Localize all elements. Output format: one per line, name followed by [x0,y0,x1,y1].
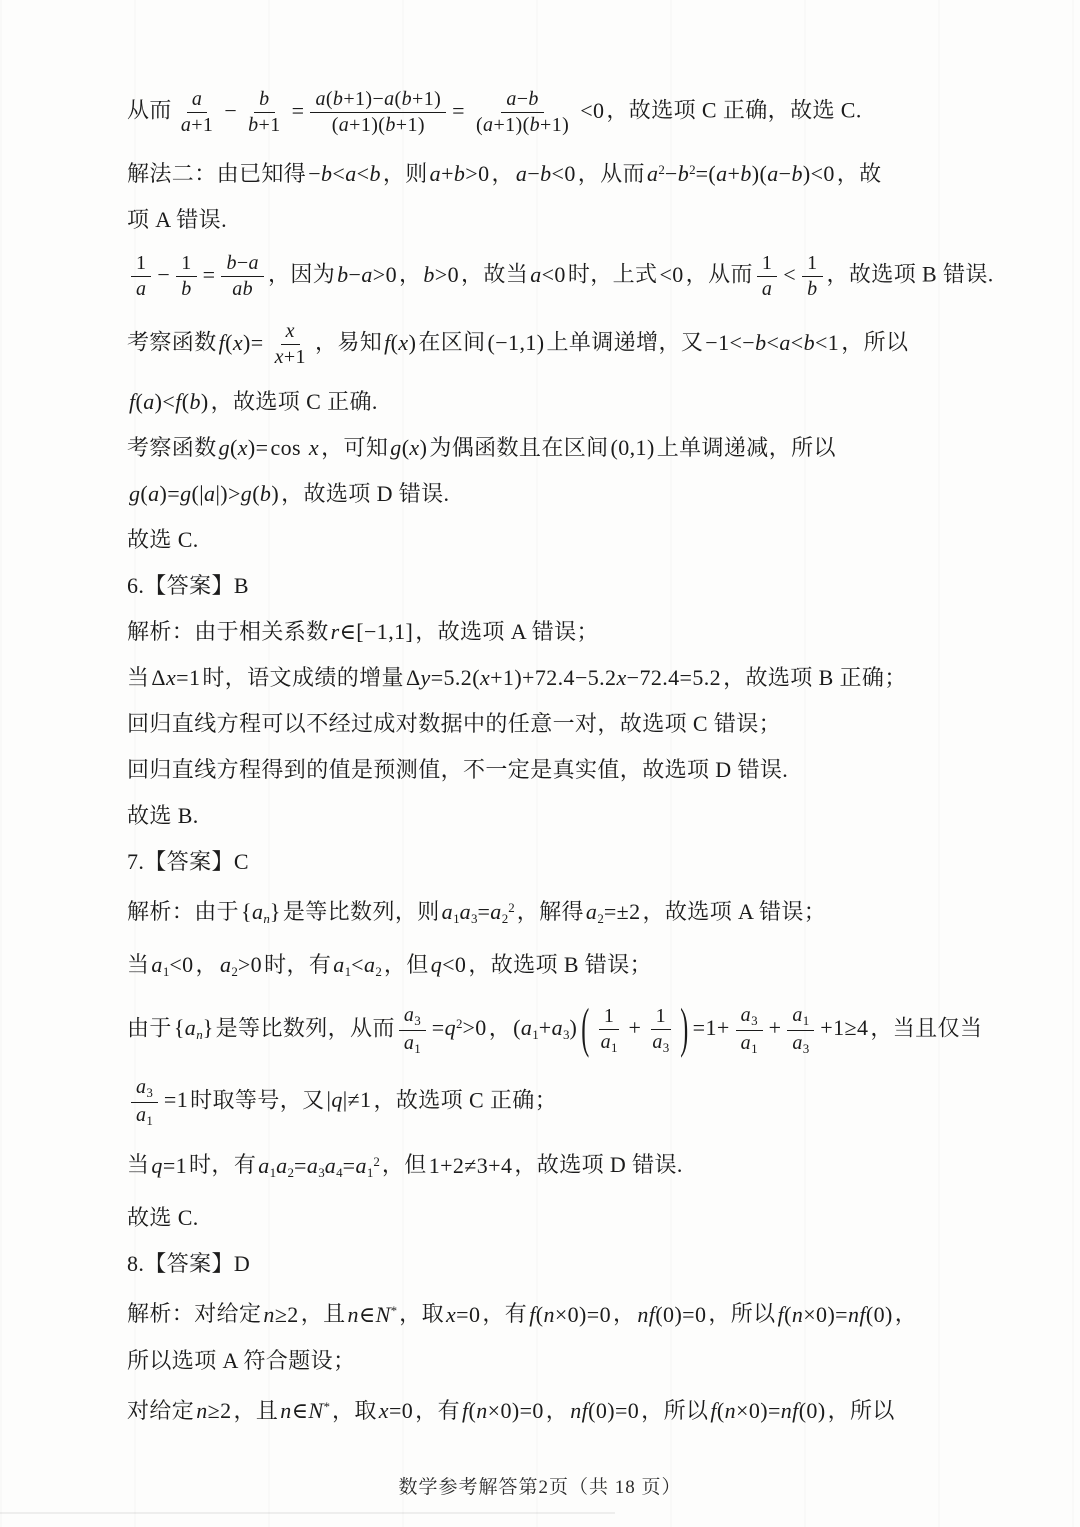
math-expression: n∈N* [280,1398,330,1423]
fraction: 1a [757,252,777,301]
text-run: ，从而 [578,161,645,186]
text-run: ，故当 [461,262,528,287]
text-run: ，解得 [517,899,584,924]
text-line: 解析：由于{an}是等比数列，则a1a3=a22，解得a2=±2，故选项 A 错… [127,892,1015,934]
text-run: 是等比数列，则 [283,899,440,924]
text-run: ，取 [332,1398,377,1423]
text-run: 8.【答案】D [127,1251,250,1276]
text-run: 时取等号，又 [190,1087,324,1112]
math-expression: a1a2=a3a4=a12 [258,1153,380,1178]
text-run: 时，语文成绩的增量 [202,665,404,690]
math-expression: a+b>0 [430,161,490,186]
math-expression: x=0 [379,1398,413,1423]
math-expression: a1<a2 [333,952,382,977]
text-line: 当q=1时，有a1a2=a3a4=a12，但1+2≠3+4，故选项 D 错误. [127,1145,1015,1187]
text-run: ，但 [384,952,429,977]
text-run: 回归直线方程得到的值是预测值，不一定是真实值，故选项 D 错误. [127,757,788,782]
fraction: a1a3 [787,1004,814,1057]
text-run: 当 [127,665,149,690]
math-expression: −1<−b<a<b<1 [705,330,839,355]
text-run: 7.【答案】C [127,849,249,874]
fraction: a3a1 [736,1004,763,1057]
math-expression: f(n×0)=0 [462,1398,544,1423]
text-line: 回归直线方程得到的值是预测值，不一定是真实值，故选项 D 错误. [127,754,1015,785]
math-expression: −b<a<b [308,161,381,186]
math-expression: =1 [164,1087,188,1112]
math-expression: a2−b2=(a+b)(a−b)<0 [647,161,835,186]
text-line: 解析：对给定n≥2，且n∈N*，取x=0，有f(n×0)=0，nf(0)=0，所… [127,1294,1015,1329]
text-line: a3a1=1时取等号，又|q|≠1，故选项 C 正确； [127,1074,1015,1131]
text-run: ，有 [482,1302,527,1327]
text-run: 故选 B. [127,803,199,828]
math-expression: =1+ [693,1015,730,1040]
math-expression: q=1 [151,1153,187,1178]
math-expression: f(n×0)=nf(0) [778,1302,893,1327]
text-run: 解法二：由已知得 [127,161,306,186]
math-expression: a−b<0 [516,161,576,186]
math-expression: f(n×0)=nf(0) [710,1398,825,1423]
fraction: a−b(a+1)(b+1) [471,88,574,137]
text-run: ， [489,1015,511,1040]
math-expression: < [783,262,796,287]
text-run: 6.【答案】B [127,573,249,598]
page-footer: 数学参考解答第2页（共 18 页） [0,1472,1080,1499]
math-expression: <0 [659,262,683,287]
text-run: 项 A 错误. [127,207,227,232]
text-run: ，故选项 C 正确； [373,1087,557,1112]
text-run: ， [895,1302,917,1327]
math-expression: Δx=1 [151,665,200,690]
text-line: 故选 B. [127,800,1015,831]
text-run: ，所以 [641,1398,708,1423]
fraction: xx+1 [270,320,311,369]
fraction: bb+1 [243,88,286,137]
math-expression: a2>0 [220,952,262,977]
text-line: 6.【答案】B [127,570,1015,601]
text-run: 时，有 [189,1153,256,1178]
math-expression: n≥2 [196,1398,231,1423]
math-expression: {an} [241,899,281,924]
text-run: ，当且仅当 [870,1015,982,1040]
text-run: 由于 [127,1015,172,1040]
text-run: ，因为 [268,262,335,287]
text-run: 为偶函数且在区间 [429,435,608,460]
text-run: ，故选项 A 错误； [643,899,827,924]
text-run: ，故选项 D 错误. [281,481,449,506]
math-expression: + [629,1015,642,1040]
big-paren: ( [581,1003,589,1058]
text-run: 在区间 [418,330,485,355]
text-line: 对给定n≥2，且n∈N*，取x=0，有f(n×0)=0，nf(0)=0，所以f(… [127,1391,1015,1426]
text-run: ，且 [301,1302,346,1327]
text-run: 故选 C. [127,1205,199,1230]
math-expression: a1a3=a22 [442,899,515,924]
math-expression: (a1+a3) [513,1015,577,1040]
text-run: 解析：由于相关系数 [127,619,329,644]
math-expression: − [157,262,170,287]
text-run: ，故选项 C 正确，故选 C. [606,98,861,123]
text-run: ，所以 [708,1302,775,1327]
text-run: ， [492,161,514,186]
math-expression: r∈[−1,1] [331,619,414,644]
text-run: 故选 C. [127,527,199,552]
text-line: 故选 C. [127,1202,1015,1233]
text-run: 考察函数 [127,435,217,460]
text-run: 上单调递增，又 [546,330,703,355]
math-expression: a1<0 [151,952,193,977]
text-line: 7.【答案】C [127,846,1015,877]
text-run: ，所以 [828,1398,895,1423]
text-line: 从而aa+1−bb+1=a(b+1)−a(b+1)(a+1)(b+1)=a−b(… [127,86,1015,139]
fraction: aa+1 [176,88,219,137]
fraction: a3a1 [131,1076,158,1129]
math-expression: =q2>0 [432,1015,487,1040]
text-run: ， [613,1302,635,1327]
text-line: 故选 C. [127,524,1015,555]
text-run: ，且 [233,1398,278,1423]
math-expression: g(a)=g(|a|)>g(b) [129,481,279,506]
math-expression: f(a)<f(b) [129,389,209,414]
math-expression: b>0 [423,262,459,287]
text-line: 当Δx=1时，语文成绩的增量Δy=5.2(x+1)+72.4−5.2x−72.4… [127,662,1015,693]
text-run: 时，上式 [568,262,658,287]
fraction: a(b+1)−a(b+1)(a+1)(b+1) [310,88,446,137]
math-expression: x [309,435,319,460]
math-expression: f(x) [384,330,416,355]
text-run: 当 [127,1153,149,1178]
text-line: 由于{an}是等比数列，从而a3a1=q2>0，(a1+a3)(1a1+1a3)… [127,1002,1015,1059]
math-expression: (−1,1) [488,330,545,355]
text-line: 1a−1b=b−aab，因为b−a>0，b>0，故当a<0时，上式<0，从而1a… [127,250,1015,303]
big-paren: ) [680,1003,688,1058]
math-expression: f(n×0)=0 [529,1302,611,1327]
text-run: ， [399,262,421,287]
text-run: 考察函数 [127,330,217,355]
math-expression: 1+2≠3+4 [429,1153,513,1178]
text-run: ，所以 [841,330,908,355]
text-run: 上单调递减，所以 [657,435,836,460]
text-run: ，从而 [686,262,753,287]
math-expression: f(x)= [219,330,264,355]
fraction: 1a [131,252,151,301]
text-line: g(a)=g(|a|)>g(b)，故选项 D 错误. [127,478,1015,509]
math-expression: <0 [580,98,604,123]
fraction: a3a1 [399,1004,426,1057]
text-line: 所以选项 A 符合题设； [127,1345,1015,1376]
fraction: 1a1 [596,1005,623,1056]
text-run: ，故选项 B 正确； [723,665,907,690]
math-expression: a2=±2 [586,899,641,924]
text-run: ， [546,1398,568,1423]
math-expression: (0,1) [611,435,655,460]
text-run: ，故选项 A 错误； [415,619,599,644]
math-expression: b−a>0 [337,262,397,287]
math-expression: nf(0)=0 [570,1398,639,1423]
text-run: ，取 [399,1302,444,1327]
text-run: 所以选项 A 符合题设； [127,1348,355,1373]
text-run: 对给定 [127,1398,194,1423]
fraction: b−aab [221,252,264,301]
scan-artifact-line [0,1512,615,1514]
math-expression: = [203,262,216,287]
text-run: ，故选项 C 正确. [211,389,378,414]
math-expression: Δy=5.2(x+1)+72.4−5.2x−72.4=5.2 [406,665,721,690]
text-line: 考察函数f(x)=xx+1，易知f(x)在区间(−1,1)上单调递增，又−1<−… [127,318,1015,371]
text-line: 项 A 错误. [127,204,1015,235]
math-expression: |q|≠1 [327,1087,372,1112]
math-expression: n≥2 [263,1302,298,1327]
math-expression: {an} [174,1015,214,1040]
text-line: 回归直线方程可以不经过成对数据中的任意一对，故选项 C 错误； [127,708,1015,739]
math-expression: n∈N* [348,1302,398,1327]
math-expression: + [769,1015,782,1040]
text-run: 时，有 [264,952,331,977]
text-run: ，有 [415,1398,460,1423]
math-expression: q<0 [431,952,467,977]
math-expression: a<0 [530,262,566,287]
text-run: ，故选项 D 错误. [514,1153,682,1178]
text-run: ，可知 [321,435,388,460]
solution-content: 从而aa+1−bb+1=a(b+1)−a(b+1)(a+1)(b+1)=a−b(… [127,86,1015,1441]
math-expression: nf(0)=0 [637,1302,706,1327]
fraction: 1b [802,252,822,301]
text-run: 当 [127,952,149,977]
math-expression: = [292,98,305,123]
text-run: ，则 [383,161,428,186]
document-page: 从而aa+1−bb+1=a(b+1)−a(b+1)(a+1)(b+1)=a−b(… [0,0,1080,1527]
text-line: 当a1<0，a2>0时，有a1<a2，但q<0，故选项 B 错误； [127,949,1015,987]
text-run: 解析：对给定 [127,1302,261,1327]
text-run: ， [196,952,218,977]
text-run: 是等比数列，从而 [216,1015,395,1040]
text-run: ，但 [382,1153,427,1178]
math-expression: g(x)= [219,435,269,460]
math-expression: g(x) [390,435,427,460]
text-run: 从而 [127,98,172,123]
text-line: 考察函数g(x)=cos x，可知g(x)为偶函数且在区间(0,1)上单调递减，… [127,432,1015,463]
text-line: 解法二：由已知得−b<a<b，则a+b>0，a−b<0，从而a2−b2=(a+b… [127,154,1015,189]
text-line: 8.【答案】D [127,1248,1015,1279]
text-run: ，故选项 B 错误. [827,262,994,287]
fraction: 1b [176,252,196,301]
text-run: cos [270,435,306,460]
text-run: 回归直线方程可以不经过成对数据中的任意一对，故选项 C 错误； [127,711,781,736]
fraction: 1a3 [647,1005,674,1056]
text-run: ，故 [837,161,882,186]
text-run: ，易知 [315,330,382,355]
math-expression: +1≥4 [820,1015,868,1040]
math-expression: − [224,98,237,123]
text-run: ，故选项 B 错误； [468,952,652,977]
text-line: 解析：由于相关系数r∈[−1,1]，故选项 A 错误； [127,616,1015,647]
text-line: f(a)<f(b)，故选项 C 正确. [127,386,1015,417]
math-expression: = [452,98,465,123]
text-run: 解析：由于 [127,899,239,924]
math-expression: x=0 [446,1302,480,1327]
